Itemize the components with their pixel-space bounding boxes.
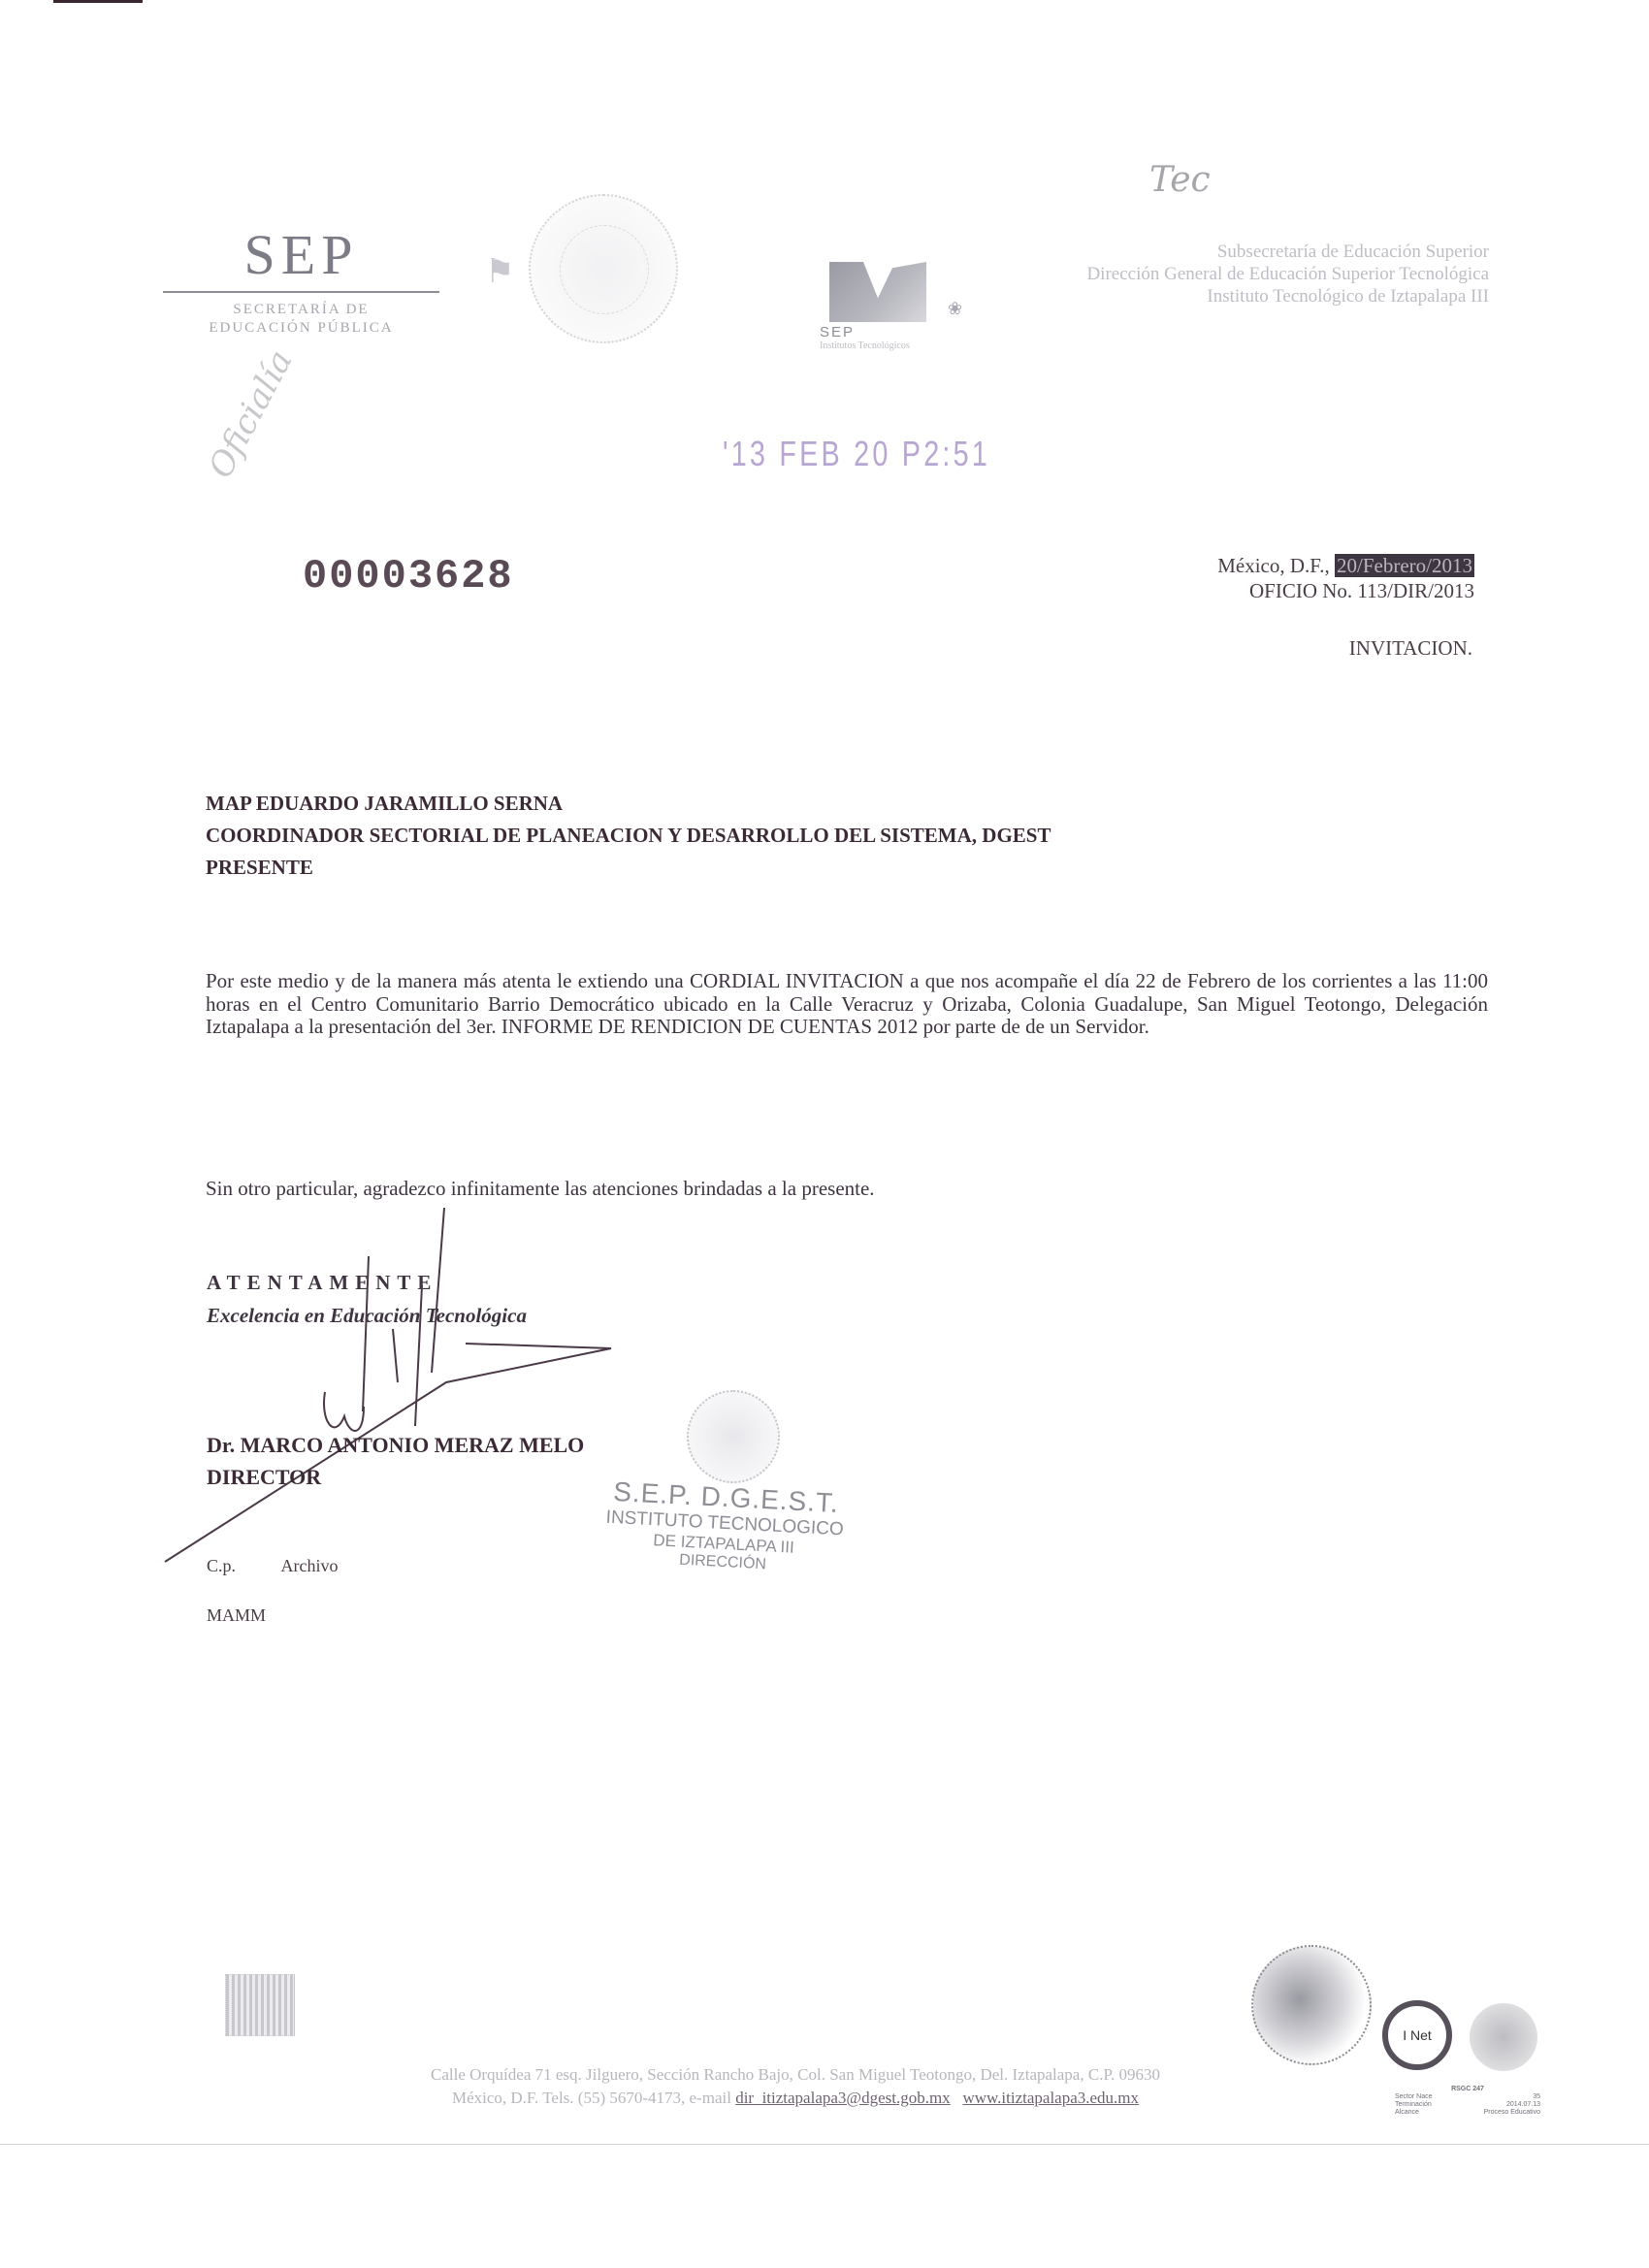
place-date-line: México, D.F., 20/Febrero/2013 xyxy=(1217,553,1474,578)
sep-logo: SEP SECRETARÍA DE EDUCACIÓN PÚBLICA xyxy=(163,225,439,338)
handwritten-margin-note: Oficialía xyxy=(201,344,300,485)
place-label: México, D.F., xyxy=(1217,554,1335,577)
website-link[interactable]: www.itiztapalapa3.edu.mx xyxy=(962,2089,1139,2107)
office-stamp: S.E.P. D.G.E.S.T. INSTITUTO TECNOLOGICO … xyxy=(592,1475,857,1578)
email-link[interactable]: dir_itiztapalapa3@dgest.gob.mx xyxy=(735,2089,951,2107)
quality-certification-seal-icon xyxy=(1470,2003,1537,2071)
closing-line: Sin otro particular, agradezco infinitam… xyxy=(206,1177,875,1201)
signer-block: Dr. MARCO ANTONIO MERAZ MELO DIRECTOR xyxy=(207,1429,584,1493)
folio-number-stamp: 00003628 xyxy=(303,553,514,599)
address-line1: Calle Orquídea 71 esq. Jilguero, Sección… xyxy=(320,2063,1271,2087)
body-paragraph: Por este medio y de la manera más atenta… xyxy=(206,970,1488,1039)
institute-building-logo-icon xyxy=(225,1974,295,2036)
institutos-tecnologicos-logo: SEP Institutos Tecnológicos ❀ xyxy=(820,262,985,351)
institution-header: Subsecretaría de Educación Superior Dire… xyxy=(1086,241,1489,308)
sep-logo-acronym: SEP xyxy=(163,225,439,285)
cc-value: Archivo xyxy=(281,1556,339,1575)
flower-emblem-icon: ❀ xyxy=(948,299,962,319)
gender-equity-certification-seal-icon xyxy=(1251,1945,1372,2065)
institute-logo-acronym: SEP xyxy=(820,324,985,340)
footer-divider xyxy=(0,2144,1649,2145)
recipient-name: MAP EDUARDO JARAMILLO SERNA xyxy=(206,788,1051,820)
typist-initials: MAMM xyxy=(207,1605,266,1626)
certification-info: RSGC 247 Sector Nace 35 Terminación 2014… xyxy=(1395,2086,1540,2117)
cc-label: C.p. xyxy=(207,1556,236,1575)
header-line-direccion: Dirección General de Educación Superior … xyxy=(1086,263,1489,285)
received-date-stamp: '13 FEB 20 P2:51 xyxy=(723,434,990,474)
letter-date: 20/Febrero/2013 xyxy=(1335,554,1474,577)
recipient-block: MAP EDUARDO JARAMILLO SERNA COORDINADOR … xyxy=(206,788,1051,884)
cert-row: Sector Nace 35 xyxy=(1395,2093,1540,2101)
address-line2-prefix: México, D.F. Tels. (55) 5670-4173, e-mai… xyxy=(452,2089,735,2107)
handwritten-signature-icon xyxy=(155,1208,640,1576)
sep-logo-line2: EDUCACIÓN PÚBLICA xyxy=(163,319,439,338)
carbon-copy-line: C.p. Archivo xyxy=(207,1556,339,1576)
institute-logo-mark-icon xyxy=(829,262,926,322)
sep-logo-rule xyxy=(163,291,439,293)
inet-certification-seal-icon: I Net xyxy=(1382,2000,1452,2070)
recipient-salutation: PRESENTE xyxy=(206,852,1051,884)
institute-logo-caption: Institutos Tecnológicos xyxy=(820,340,985,351)
cert-row: Alcance Proceso Educativo xyxy=(1395,2109,1540,2117)
handwritten-note: Tec xyxy=(1149,160,1211,200)
recipient-title: COORDINADOR SECTORIAL DE PLANEACION Y DE… xyxy=(206,820,1051,852)
signer-name: Dr. MARCO ANTONIO MERAZ MELO xyxy=(207,1429,584,1461)
footer-address: Calle Orquídea 71 esq. Jilguero, Sección… xyxy=(320,2063,1271,2110)
inet-label: I Net xyxy=(1403,2027,1432,2043)
address-line2: México, D.F. Tels. (55) 5670-4173, e-mai… xyxy=(320,2087,1271,2110)
scan-edge-mark xyxy=(53,0,143,3)
signer-title: DIRECTOR xyxy=(207,1461,584,1493)
header-line-subsecretaria: Subsecretaría de Educación Superior xyxy=(1086,241,1489,263)
flag-mark-icon: ⚑ xyxy=(485,252,514,291)
subject-line: INVITACION. xyxy=(1349,636,1472,661)
cert-row: Terminación 2014.07.13 xyxy=(1395,2101,1540,2109)
oficio-number: OFICIO No. 113/DIR/2013 xyxy=(1217,578,1474,603)
reference-block: México, D.F., 20/Febrero/2013 OFICIO No.… xyxy=(1217,553,1474,603)
header-line-instituto: Instituto Tecnológico de Iztapalapa III xyxy=(1086,285,1489,308)
official-seal-icon xyxy=(687,1390,780,1483)
registry-code: RSGC 247 xyxy=(1395,2086,1540,2093)
mexican-coat-of-arms-seal-icon xyxy=(529,194,678,343)
sep-logo-line1: SECRETARÍA DE xyxy=(163,301,439,319)
